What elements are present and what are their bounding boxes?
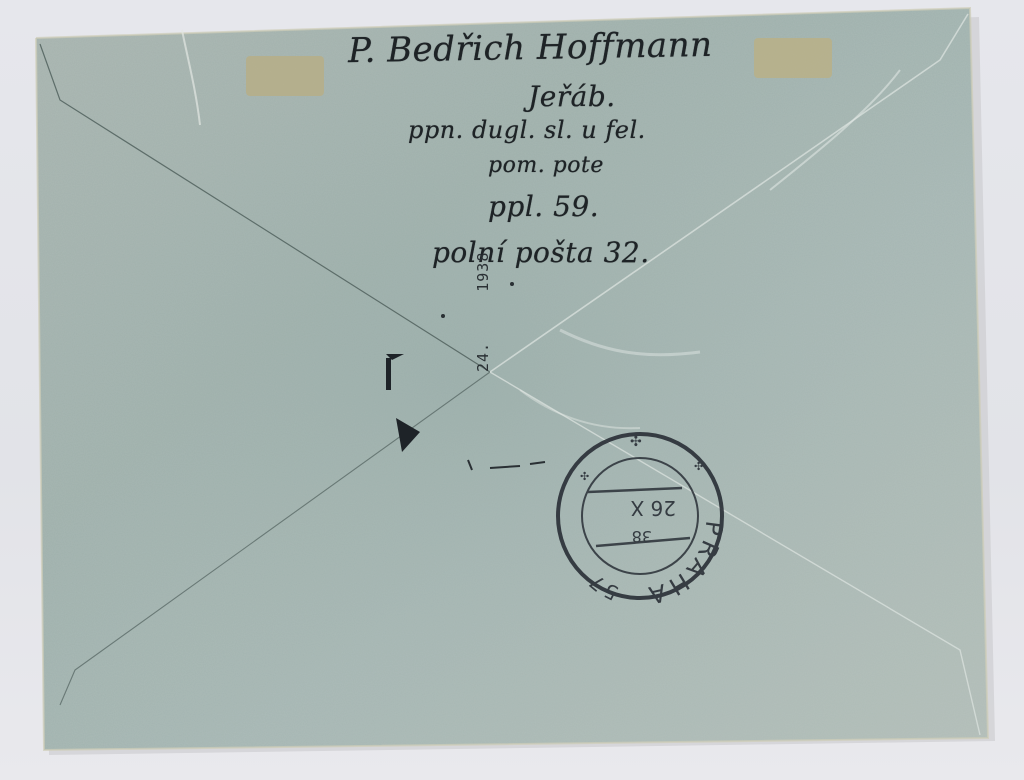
tape-left [246, 56, 324, 96]
svg-text:✣: ✣ [694, 460, 703, 473]
sender-surname-line: Jeřáb. [528, 80, 616, 113]
envelope-photo: ✣ ✣ ✣ 38 26 X PRAHA 57 P. Bedřich Hoffma… [0, 0, 1024, 780]
sender-unit-line: ppn. dugl. sl. u fel. [408, 116, 646, 144]
svg-text:26 X: 26 X [630, 496, 676, 520]
date-stamp: 24. 1938 [474, 252, 492, 372]
svg-text:✣: ✣ [580, 470, 589, 483]
svg-text:✣: ✣ [630, 434, 642, 450]
date-stamp-year: 1938 [474, 252, 492, 292]
svg-text:38: 38 [632, 527, 652, 546]
sender-name: P. Bedřich Hoffmann [348, 25, 713, 71]
tape-right [754, 38, 832, 78]
field-post-line: polní pošta 32. [432, 236, 650, 269]
sender-subunit-line: pom. pote [488, 153, 604, 178]
date-stamp-day: 24. [474, 342, 492, 372]
sender-regiment-line: ppl. 59. [488, 190, 599, 223]
